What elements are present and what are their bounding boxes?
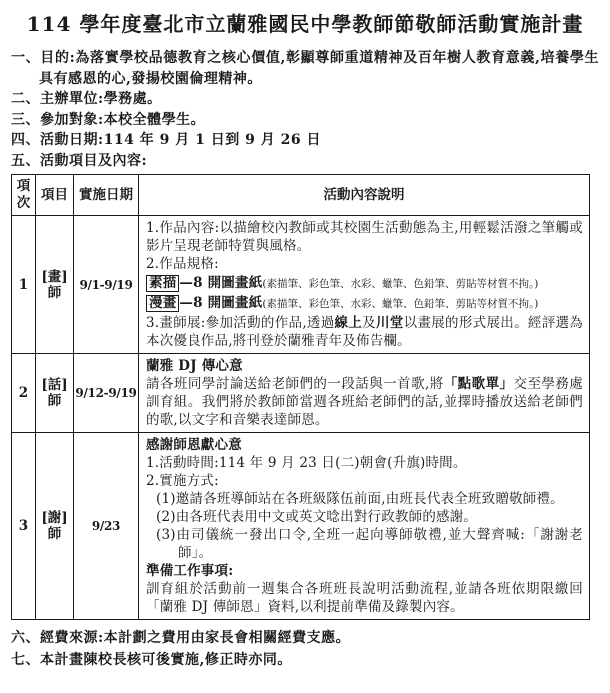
comic-box-label: 漫畫	[146, 295, 179, 312]
desc-text: 請各班同學討論送給老師們的一段話與一首歌,將	[146, 376, 444, 392]
desc-line: 請各班同學討論送給老師們的一段話與一首歌,將「點歌單」交至學務處訓育組。我們將於…	[146, 375, 583, 429]
desc-heading: 蘭雅 DJ 傳心意	[146, 357, 583, 375]
row-date: 9/12-9/19	[74, 354, 139, 433]
desc-line: 2.作品規格:	[146, 255, 583, 273]
sketch-size: —8 開圖畫紙	[179, 275, 262, 291]
comic-note: (素描筆、彩色筆、水彩、蠟筆、色鉛筆、剪貼等材質不拘。)	[262, 298, 538, 310]
sketch-box-label: 素描	[146, 275, 179, 292]
row-description: 1.作品內容:以描繪校內教師或其校園生活動態為主,用輕鬆活潑之筆觸或影片呈現老師…	[139, 216, 590, 354]
footer-item-text: 本計畫陳校長核可後實施,修正時亦同。	[40, 652, 292, 668]
desc-prep-heading: 準備工作事項:	[146, 562, 583, 580]
row-item-line1: [畫]	[36, 269, 73, 285]
desc-line: 1.作品內容:以描繪校內教師或其校園生活動態為主,用輕鬆活潑之筆觸或影片呈現老師…	[146, 219, 583, 255]
desc-text: 及	[362, 315, 376, 331]
footer-item-approval: 七、本計畫陳校長核可後實施,修正時亦同。	[11, 649, 599, 671]
desc-line: 訓育組於活動前一週集合各班班長說明活動流程,並請各班依期限繳回「蘭雅 DJ 傳師…	[146, 580, 583, 616]
intro-item-label: 五、	[11, 153, 40, 169]
sketch-note: (素描筆、彩色筆、水彩、蠟筆、色鉛筆、剪貼等材質不拘。)	[262, 278, 538, 290]
row-description: 感謝師恩獻心意 1.活動時間:114 年 9 月 23 日(二)朝會(升旗)時間…	[139, 433, 590, 620]
desc-text: 3.畫師展:參加活動的作品,透過	[146, 315, 335, 331]
intro-item-text: 目的:為落實學校品德教育之核心價值,彰顯尊師重道精神及百年樹人教育意義,培養學生…	[39, 50, 599, 87]
footer-item-label: 六、	[11, 630, 40, 646]
column-header-description: 活動內容說明	[139, 175, 590, 216]
intro-item-label: 一、	[11, 50, 40, 66]
footer-item-text: 經費來源:本計劃之費用由家長會相關經費支應。	[40, 630, 350, 646]
footer-item-budget: 六、經費來源:本計劃之費用由家長會相關經費支應。	[11, 627, 599, 649]
desc-line: 3.畫師展:參加活動的作品,透過線上及川堂以畫展的形式展出。經評選為本次優良作品…	[146, 314, 583, 350]
desc-sub-item: (2)由各班代表用中文或英文唸出對行政教師的感謝。	[156, 508, 583, 526]
desc-heading: 感謝師恩獻心意	[146, 436, 583, 454]
table-row: 2 [話] 師 9/12-9/19 蘭雅 DJ 傳心意 請各班同學討論送給老師們…	[12, 354, 590, 433]
spec-sketch: 素描—8 開圖畫紙(素描筆、彩色筆、水彩、蠟筆、色鉛筆、剪貼等材質不拘。)	[146, 274, 583, 293]
intro-item-organizer: 二、主辦單位:學務處。	[11, 89, 599, 110]
intro-item-label: 四、	[11, 132, 40, 148]
row-item: [謝] 師	[36, 433, 74, 620]
desc-sub-item: (3)由司儀統一發出口令,全班一起向導師敬禮,並大聲齊喊:「謝謝老師」。	[156, 526, 583, 562]
column-header-date: 實施日期	[74, 175, 139, 216]
row-item-line1: [話]	[36, 377, 73, 393]
desc-line: 1.活動時間:114 年 9 月 23 日(二)朝會(升旗)時間。	[146, 454, 583, 472]
row-index: 3	[12, 433, 36, 620]
row-description: 蘭雅 DJ 傳心意 請各班同學討論送給老師們的一段話與一首歌,將「點歌單」交至學…	[139, 354, 590, 433]
row-item-line2: 師	[36, 393, 73, 409]
intro-item-label: 三、	[11, 112, 40, 128]
column-header-index: 項次	[12, 175, 36, 216]
spec-comic: 漫畫—8 開圖畫紙(素描筆、彩色筆、水彩、蠟筆、色鉛筆、剪貼等材質不拘。)	[146, 294, 583, 313]
row-item: [話] 師	[36, 354, 74, 433]
intro-item-label: 二、	[11, 91, 40, 107]
intro-item-text: 活動項目及內容:	[40, 153, 147, 169]
desc-sub-item: (1)邀請各班導師站在各班級隊伍前面,由班長代表全班致贈敬師禮。	[156, 490, 583, 508]
desc-bold-online: 線上	[335, 315, 363, 331]
row-index: 2	[12, 354, 36, 433]
intro-item-purpose: 一、目的:為落實學校品德教育之核心價值,彰顯尊師重道精神及百年樹人教育意義,培養…	[11, 48, 599, 89]
comic-size: —8 開圖畫紙	[179, 295, 262, 311]
row-item: [畫] 師	[36, 216, 74, 354]
desc-line: 2.實施方式:	[146, 472, 583, 490]
document-title: 114 學年度臺北市立蘭雅國民中學教師節敬師活動實施計畫	[11, 8, 599, 37]
intro-item-dates: 四、活動日期:114 年 9 月 1 日到 9 月 26 日	[11, 130, 599, 151]
table-row: 1 [畫] 師 9/1-9/19 1.作品內容:以描繪校內教師或其校園生活動態為…	[12, 216, 590, 354]
row-item-line2: 師	[36, 285, 73, 301]
row-item-line1: [謝]	[36, 510, 73, 526]
table-header-row: 項次 項目 實施日期 活動內容說明	[12, 175, 590, 216]
footer-list: 六、經費來源:本計劃之費用由家長會相關經費支應。 七、本計畫陳校長核可後實施,修…	[11, 627, 599, 671]
row-item-line2: 師	[36, 526, 73, 542]
table-row: 3 [謝] 師 9/23 感謝師恩獻心意 1.活動時間:114 年 9 月 23…	[12, 433, 590, 620]
intro-list: 一、目的:為落實學校品德教育之核心價值,彰顯尊師重道精神及百年樹人教育意義,培養…	[11, 48, 599, 171]
intro-item-participants: 三、參加對象:本校全體學生。	[11, 110, 599, 131]
desc-bold-songlist: 「點歌單」	[444, 376, 514, 392]
intro-item-text: 主辦單位:學務處。	[40, 91, 162, 107]
document-page: 114 學年度臺北市立蘭雅國民中學教師節敬師活動實施計畫 一、目的:為落實學校品…	[0, 0, 610, 693]
column-header-item: 項目	[36, 175, 74, 216]
desc-bold-hall: 川堂	[376, 315, 404, 331]
intro-item-text: 活動日期:114 年 9 月 1 日到 9 月 26 日	[40, 132, 321, 148]
footer-item-label: 七、	[11, 652, 40, 668]
row-date: 9/1-9/19	[74, 216, 139, 354]
intro-item-text: 參加對象:本校全體學生。	[40, 112, 205, 128]
intro-item-activities: 五、活動項目及內容:	[11, 151, 599, 172]
activity-table: 項次 項目 實施日期 活動內容說明 1 [畫] 師 9/1-9/19 1.作品內…	[11, 174, 590, 620]
row-date: 9/23	[74, 433, 139, 620]
row-index: 1	[12, 216, 36, 354]
